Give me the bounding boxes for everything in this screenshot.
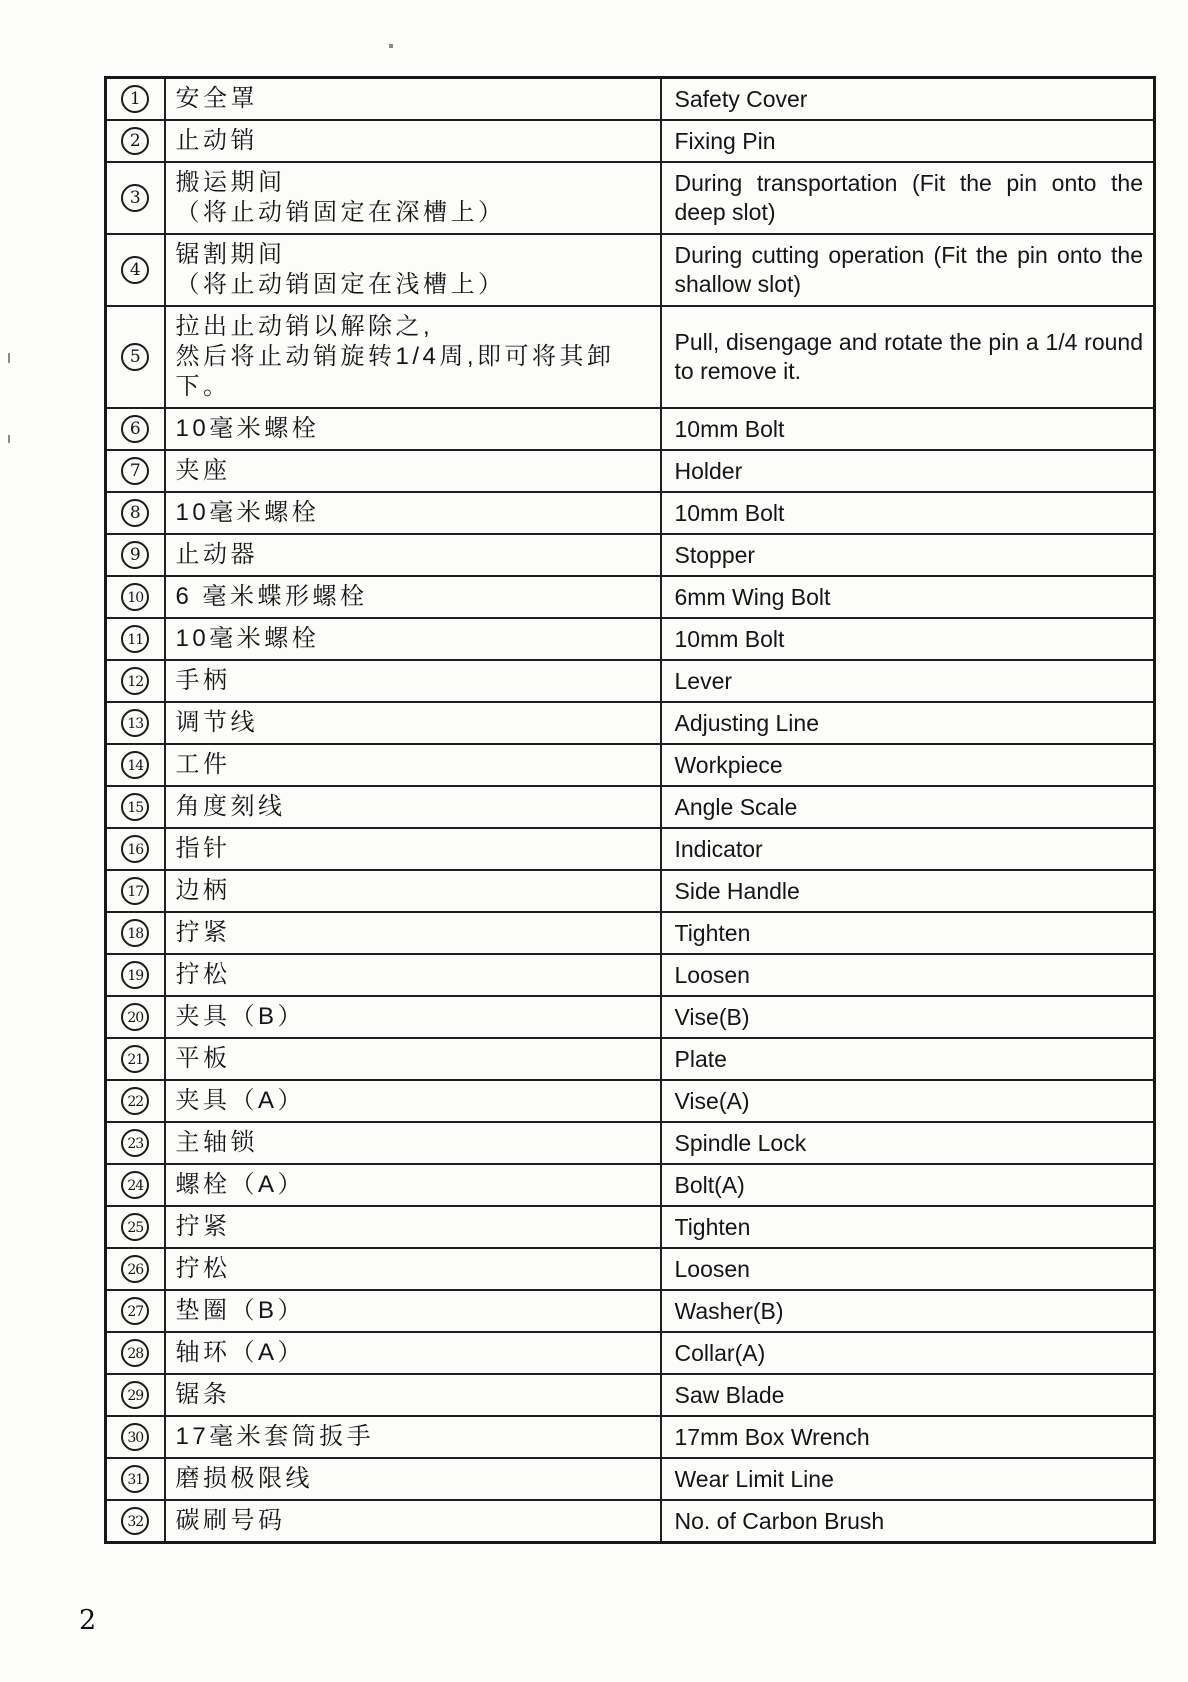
circled-number: 2 [121, 127, 149, 155]
table-row: 4 锯割期间 （将止动销固定在浅槽上） During cutting opera… [106, 234, 1155, 306]
chinese-label-cell: 边柄 [165, 870, 661, 912]
table-row: 21 平板 Plate [106, 1038, 1155, 1080]
english-label-cell: During cutting operation (Fit the pin on… [661, 234, 1155, 306]
circled-number: 29 [121, 1381, 149, 1409]
english-label-cell: Bolt(A) [661, 1164, 1155, 1206]
circled-number: 19 [121, 961, 149, 989]
table-row: 30 17毫米套筒扳手 17mm Box Wrench [106, 1416, 1155, 1458]
circled-number: 27 [121, 1297, 149, 1325]
english-label-cell: Stopper [661, 534, 1155, 576]
parts-legend-table: 1 安全罩 Safety Cover 2 止动销 Fixing Pin 3 搬运… [104, 76, 1156, 1544]
chinese-label-cell: 轴环（A） [165, 1332, 661, 1374]
circled-number: 8 [121, 499, 149, 527]
circled-number: 17 [121, 877, 149, 905]
row-number-cell: 8 [106, 492, 165, 534]
table-row: 8 10毫米螺栓 10mm Bolt [106, 492, 1155, 534]
circled-number: 1 [121, 85, 149, 113]
english-label-cell: 6mm Wing Bolt [661, 576, 1155, 618]
chinese-label-cell: 止动销 [165, 120, 661, 162]
chinese-label-cell: 主轴锁 [165, 1122, 661, 1164]
row-number-cell: 4 [106, 234, 165, 306]
scan-speck [8, 435, 10, 443]
english-label-cell: 10mm Bolt [661, 618, 1155, 660]
parts-table-body: 1 安全罩 Safety Cover 2 止动销 Fixing Pin 3 搬运… [106, 78, 1155, 1543]
english-label-cell: Vise(B) [661, 996, 1155, 1038]
scanned-manual-page: 1 安全罩 Safety Cover 2 止动销 Fixing Pin 3 搬运… [0, 0, 1188, 1682]
circled-number: 25 [121, 1213, 149, 1241]
table-row: 26 拧松 Loosen [106, 1248, 1155, 1290]
chinese-label-cell: 拧松 [165, 1248, 661, 1290]
circled-number: 11 [121, 625, 149, 653]
chinese-label-cell: 手柄 [165, 660, 661, 702]
table-row: 25 拧紧 Tighten [106, 1206, 1155, 1248]
table-row: 13 调节线 Adjusting Line [106, 702, 1155, 744]
circled-number: 20 [121, 1003, 149, 1031]
row-number-cell: 21 [106, 1038, 165, 1080]
table-row: 29 锯条 Saw Blade [106, 1374, 1155, 1416]
row-number-cell: 2 [106, 120, 165, 162]
row-number-cell: 14 [106, 744, 165, 786]
circled-number: 10 [121, 583, 149, 611]
english-label-cell: During transportation (Fit the pin onto … [661, 162, 1155, 234]
row-number-cell: 29 [106, 1374, 165, 1416]
english-label-cell: 10mm Bolt [661, 408, 1155, 450]
chinese-label-cell: 10毫米螺栓 [165, 408, 661, 450]
row-number-cell: 15 [106, 786, 165, 828]
row-number-cell: 1 [106, 78, 165, 121]
table-row: 16 指针 Indicator [106, 828, 1155, 870]
chinese-label-cell: 锯割期间 （将止动销固定在浅槽上） [165, 234, 661, 306]
chinese-label-cell: 拧紧 [165, 1206, 661, 1248]
chinese-label-cell: 止动器 [165, 534, 661, 576]
scan-speck [389, 44, 393, 48]
row-number-cell: 32 [106, 1500, 165, 1543]
row-number-cell: 19 [106, 954, 165, 996]
chinese-label-cell: 指针 [165, 828, 661, 870]
row-number-cell: 24 [106, 1164, 165, 1206]
english-label-cell: Tighten [661, 912, 1155, 954]
english-label-cell: Lever [661, 660, 1155, 702]
circled-number: 14 [121, 751, 149, 779]
row-number-cell: 11 [106, 618, 165, 660]
english-label-cell: No. of Carbon Brush [661, 1500, 1155, 1543]
row-number-cell: 13 [106, 702, 165, 744]
circled-number: 23 [121, 1129, 149, 1157]
table-row: 12 手柄 Lever [106, 660, 1155, 702]
chinese-label-cell: 拧松 [165, 954, 661, 996]
table-row: 27 垫圈（B） Washer(B) [106, 1290, 1155, 1332]
circled-number: 9 [121, 541, 149, 569]
table-row: 15 角度刻线 Angle Scale [106, 786, 1155, 828]
table-row: 2 止动销 Fixing Pin [106, 120, 1155, 162]
english-label-cell: Safety Cover [661, 78, 1155, 121]
english-label-cell: Adjusting Line [661, 702, 1155, 744]
table-row: 6 10毫米螺栓 10mm Bolt [106, 408, 1155, 450]
english-label-cell: Workpiece [661, 744, 1155, 786]
english-label-cell: Saw Blade [661, 1374, 1155, 1416]
table-row: 10 6 毫米蝶形螺栓 6mm Wing Bolt [106, 576, 1155, 618]
english-label-cell: Washer(B) [661, 1290, 1155, 1332]
english-label-cell: 10mm Bolt [661, 492, 1155, 534]
circled-number: 6 [121, 415, 149, 443]
circled-number: 30 [121, 1423, 149, 1451]
circled-number: 31 [121, 1465, 149, 1493]
circled-number: 5 [121, 343, 149, 371]
chinese-label-cell: 螺栓（A） [165, 1164, 661, 1206]
english-label-cell: Wear Limit Line [661, 1458, 1155, 1500]
row-number-cell: 31 [106, 1458, 165, 1500]
english-label-cell: Vise(A) [661, 1080, 1155, 1122]
row-number-cell: 10 [106, 576, 165, 618]
row-number-cell: 28 [106, 1332, 165, 1374]
english-label-cell: Loosen [661, 1248, 1155, 1290]
table-row: 22 夹具（A） Vise(A) [106, 1080, 1155, 1122]
row-number-cell: 30 [106, 1416, 165, 1458]
chinese-label-cell: 拧紧 [165, 912, 661, 954]
circled-number: 15 [121, 793, 149, 821]
english-label-cell: Pull, disengage and rotate the pin a 1/4… [661, 306, 1155, 408]
row-number-cell: 6 [106, 408, 165, 450]
chinese-label-cell: 磨损极限线 [165, 1458, 661, 1500]
row-number-cell: 17 [106, 870, 165, 912]
chinese-label-cell: 17毫米套筒扳手 [165, 1416, 661, 1458]
circled-number: 4 [121, 256, 149, 284]
circled-number: 22 [121, 1087, 149, 1115]
table-row: 31 磨损极限线 Wear Limit Line [106, 1458, 1155, 1500]
row-number-cell: 27 [106, 1290, 165, 1332]
row-number-cell: 5 [106, 306, 165, 408]
english-label-cell: Holder [661, 450, 1155, 492]
row-number-cell: 16 [106, 828, 165, 870]
table-row: 23 主轴锁 Spindle Lock [106, 1122, 1155, 1164]
row-number-cell: 18 [106, 912, 165, 954]
circled-number: 16 [121, 835, 149, 863]
table-row: 11 10毫米螺栓 10mm Bolt [106, 618, 1155, 660]
table-row: 19 拧松 Loosen [106, 954, 1155, 996]
chinese-label-cell: 工件 [165, 744, 661, 786]
english-label-cell: Tighten [661, 1206, 1155, 1248]
chinese-label-cell: 锯条 [165, 1374, 661, 1416]
row-number-cell: 9 [106, 534, 165, 576]
english-label-cell: 17mm Box Wrench [661, 1416, 1155, 1458]
chinese-label-cell: 搬运期间 （将止动销固定在深槽上） [165, 162, 661, 234]
row-number-cell: 20 [106, 996, 165, 1038]
chinese-label-cell: 夹座 [165, 450, 661, 492]
english-label-cell: Spindle Lock [661, 1122, 1155, 1164]
table-row: 17 边柄 Side Handle [106, 870, 1155, 912]
table-row: 18 拧紧 Tighten [106, 912, 1155, 954]
table-row: 24 螺栓（A） Bolt(A) [106, 1164, 1155, 1206]
english-label-cell: Side Handle [661, 870, 1155, 912]
chinese-label-cell: 10毫米螺栓 [165, 492, 661, 534]
english-label-cell: Angle Scale [661, 786, 1155, 828]
table-row: 14 工件 Workpiece [106, 744, 1155, 786]
table-row: 28 轴环（A） Collar(A) [106, 1332, 1155, 1374]
chinese-label-cell: 6 毫米蝶形螺栓 [165, 576, 661, 618]
chinese-label-cell: 夹具（B） [165, 996, 661, 1038]
row-number-cell: 3 [106, 162, 165, 234]
table-row: 5 拉出止动销以解除之, 然后将止动销旋转1/4周,即可将其卸下。 Pull, … [106, 306, 1155, 408]
chinese-label-cell: 平板 [165, 1038, 661, 1080]
circled-number: 26 [121, 1255, 149, 1283]
english-label-cell: Loosen [661, 954, 1155, 996]
row-number-cell: 25 [106, 1206, 165, 1248]
english-label-cell: Plate [661, 1038, 1155, 1080]
row-number-cell: 7 [106, 450, 165, 492]
english-label-cell: Fixing Pin [661, 120, 1155, 162]
table-row: 32 碳刷号码 No. of Carbon Brush [106, 1500, 1155, 1543]
row-number-cell: 23 [106, 1122, 165, 1164]
chinese-label-cell: 夹具（A） [165, 1080, 661, 1122]
chinese-label-cell: 垫圈（B） [165, 1290, 661, 1332]
row-number-cell: 12 [106, 660, 165, 702]
chinese-label-cell: 10毫米螺栓 [165, 618, 661, 660]
table-row: 20 夹具（B） Vise(B) [106, 996, 1155, 1038]
table-row: 7 夹座 Holder [106, 450, 1155, 492]
circled-number: 13 [121, 709, 149, 737]
circled-number: 7 [121, 457, 149, 485]
chinese-label-cell: 碳刷号码 [165, 1500, 661, 1543]
english-label-cell: Indicator [661, 828, 1155, 870]
row-number-cell: 22 [106, 1080, 165, 1122]
chinese-label-cell: 安全罩 [165, 78, 661, 121]
scan-speck [8, 353, 10, 363]
chinese-label-cell: 拉出止动销以解除之, 然后将止动销旋转1/4周,即可将其卸下。 [165, 306, 661, 408]
circled-number: 32 [121, 1507, 149, 1535]
circled-number: 18 [121, 919, 149, 947]
table-row: 9 止动器 Stopper [106, 534, 1155, 576]
chinese-label-cell: 角度刻线 [165, 786, 661, 828]
table-row: 1 安全罩 Safety Cover [106, 78, 1155, 121]
circled-number: 21 [121, 1045, 149, 1073]
circled-number: 3 [121, 184, 149, 212]
row-number-cell: 26 [106, 1248, 165, 1290]
english-label-cell: Collar(A) [661, 1332, 1155, 1374]
page-number: 2 [79, 1605, 96, 1636]
circled-number: 28 [121, 1339, 149, 1367]
table-row: 3 搬运期间 （将止动销固定在深槽上） During transportatio… [106, 162, 1155, 234]
circled-number: 24 [121, 1171, 149, 1199]
circled-number: 12 [121, 667, 149, 695]
chinese-label-cell: 调节线 [165, 702, 661, 744]
